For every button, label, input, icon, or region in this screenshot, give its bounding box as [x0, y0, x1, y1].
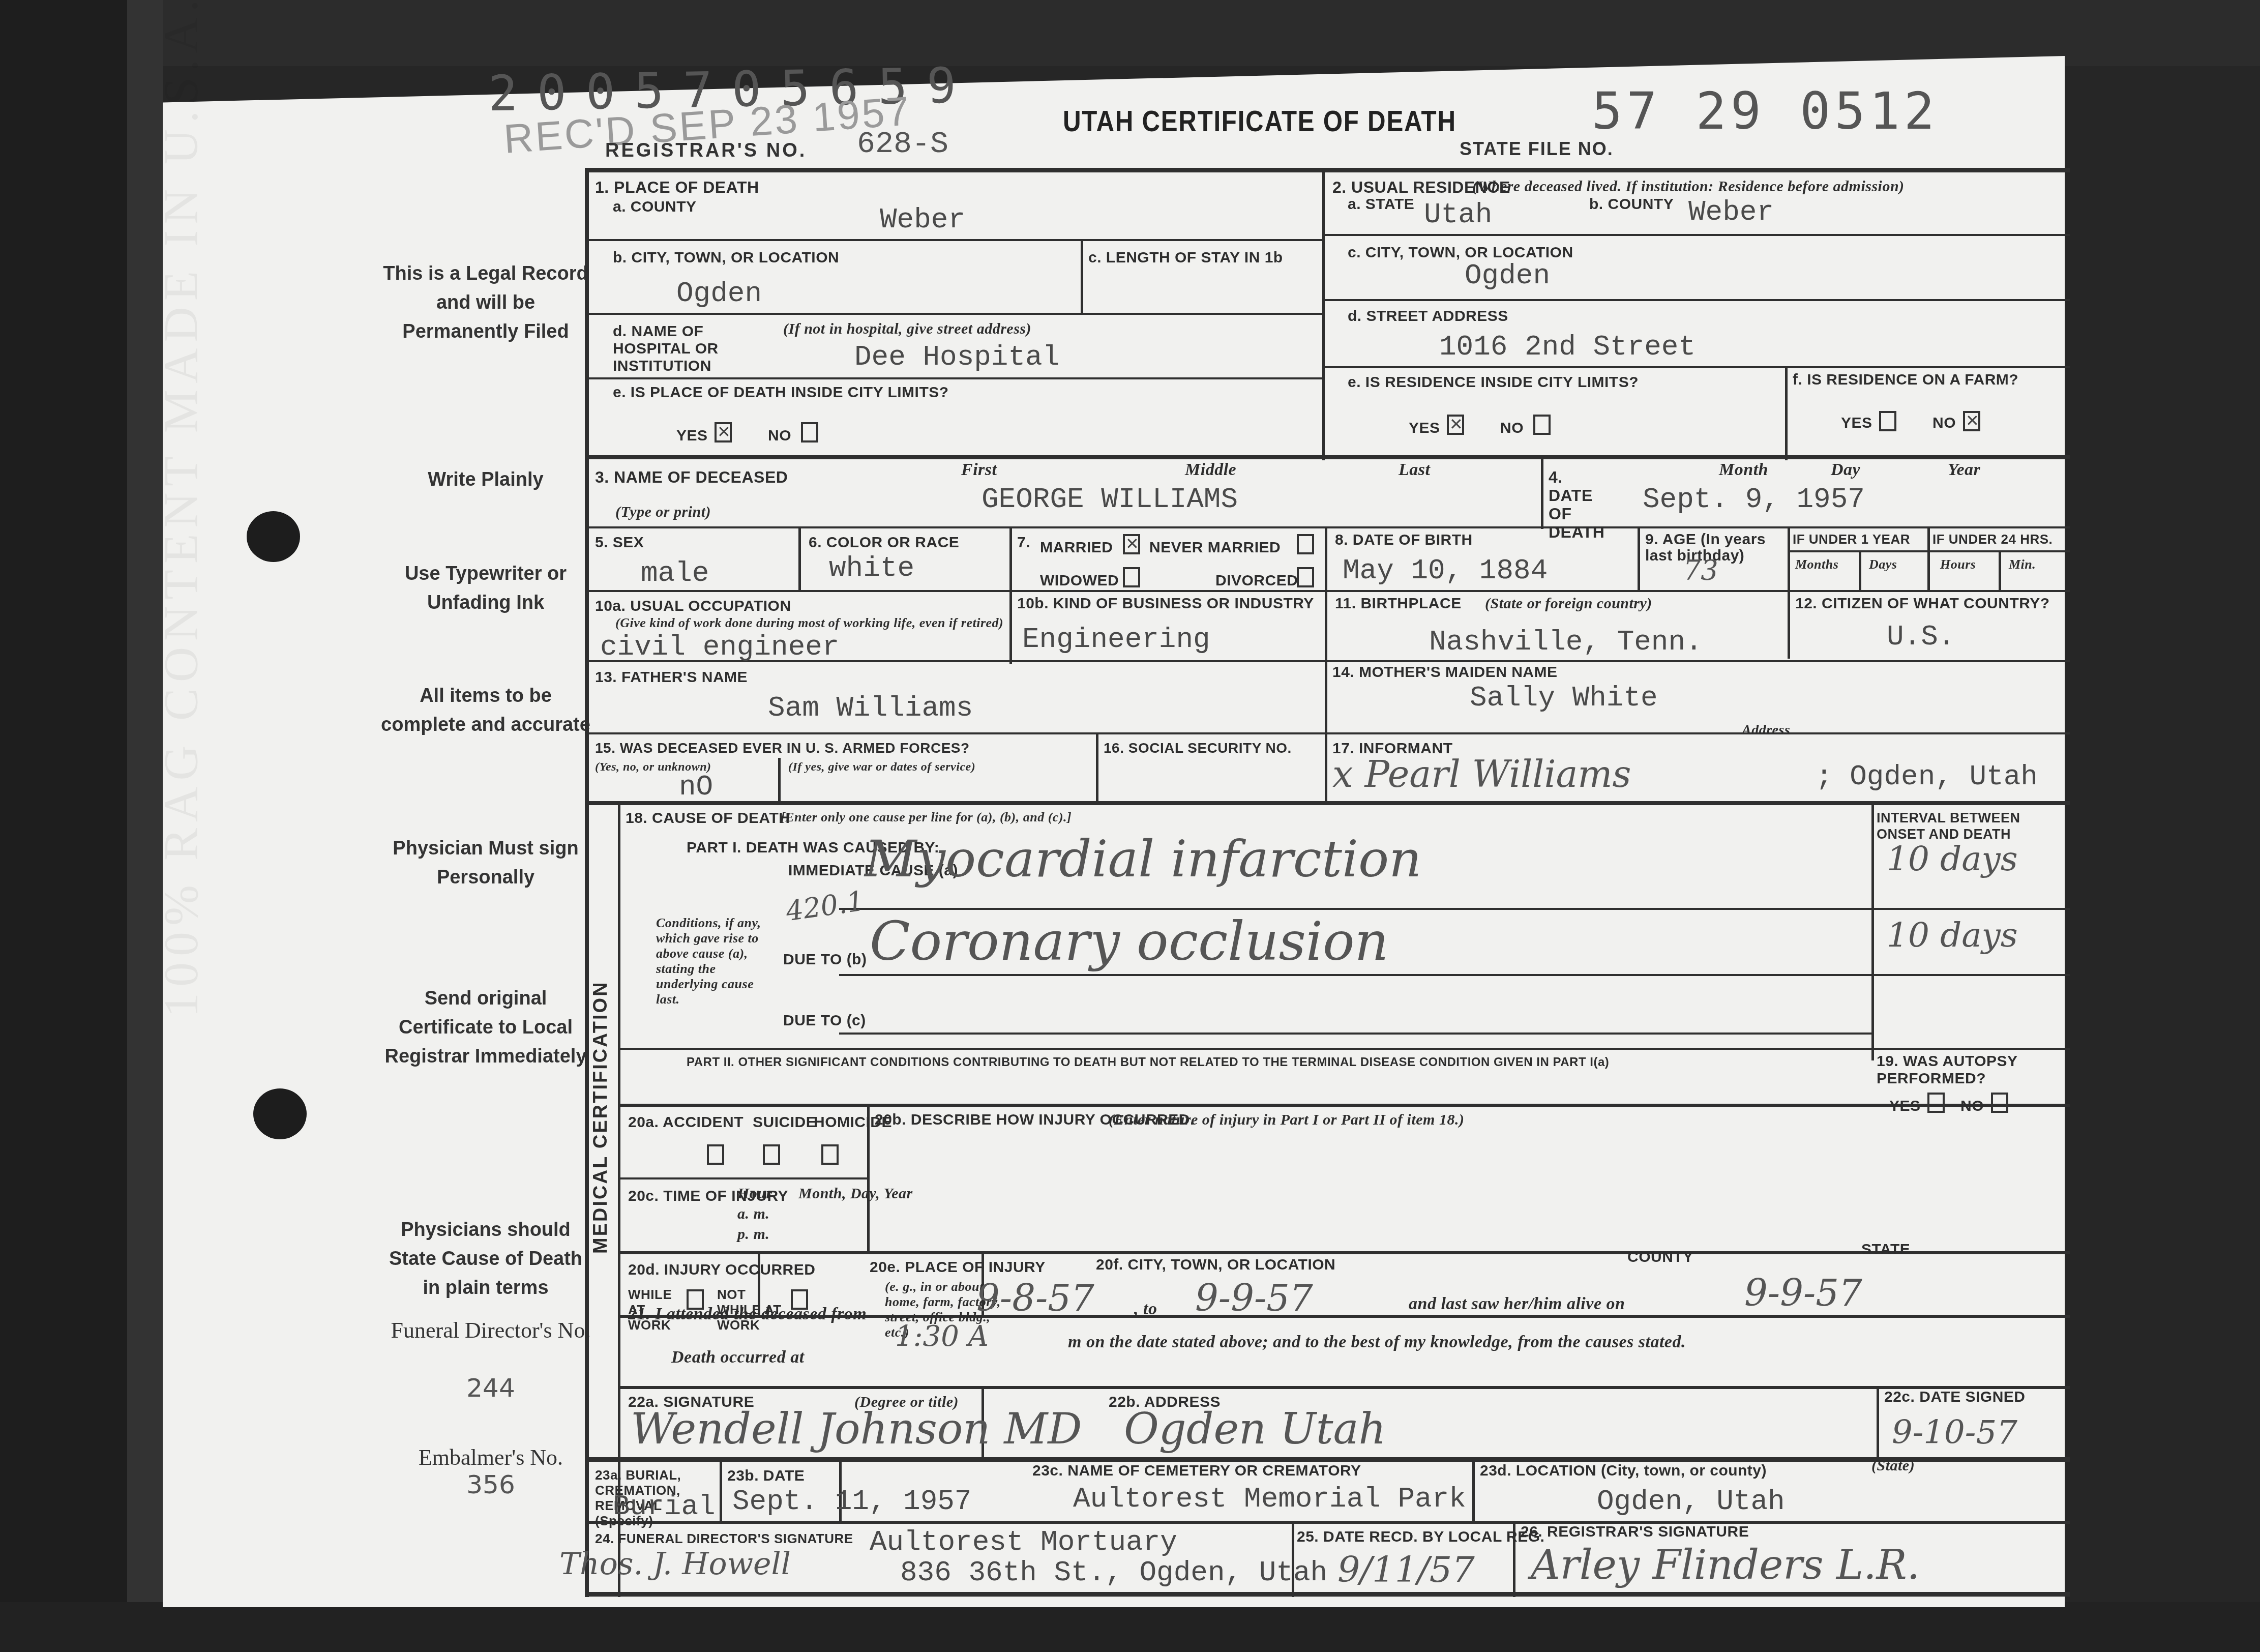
- deceased-name[interactable]: GEORGE WILLIAMS: [982, 483, 1238, 516]
- divider: [1081, 239, 1083, 313]
- item2b-label: b. COUNTY: [1589, 196, 1674, 213]
- autopsy-yes-checkbox[interactable]: [1927, 1093, 1945, 1113]
- place-of-death-county[interactable]: Weber: [880, 203, 965, 236]
- last-saw-label: and last saw her/him alive on: [1409, 1294, 1625, 1314]
- residence-county[interactable]: Weber: [1688, 196, 1774, 228]
- citizenship[interactable]: U.S.: [1887, 621, 1955, 653]
- row-line: [1322, 366, 2070, 368]
- widowed-checkbox[interactable]: [1123, 567, 1140, 587]
- divider: [1009, 526, 1012, 664]
- row-line: [1322, 299, 2070, 301]
- informant-signature[interactable]: x Pearl Williams: [1332, 753, 1631, 795]
- margin-note-cause-plain: Physicians should State Cause of Death i…: [379, 1216, 592, 1303]
- autopsy-no-checkbox[interactable]: [1991, 1093, 2008, 1113]
- age-value[interactable]: 73: [1683, 554, 1718, 586]
- item6-label: 6. COLOR OR RACE: [809, 534, 959, 551]
- divider: [1788, 526, 1790, 659]
- punch-hole-icon: [247, 511, 300, 562]
- scan-background-bottom: [0, 1602, 2260, 1652]
- day-label: Day: [1831, 460, 1860, 480]
- embalmer-no-value: 356: [374, 1470, 608, 1499]
- accident-checkbox[interactable]: [707, 1144, 724, 1165]
- conditions-label: Conditions, if any, which gave rise to a…: [656, 916, 778, 1007]
- divider: [1322, 168, 1325, 460]
- am-label: a. m.: [737, 1205, 769, 1223]
- row-line-thick: [585, 1457, 2070, 1462]
- divorced-label: DIVORCED: [1215, 572, 1298, 589]
- item20e-label: 20e. PLACE OF INJURY: [870, 1259, 1046, 1276]
- item1c-label: c. LENGTH OF STAY IN 1b: [1088, 249, 1283, 267]
- under-1-year-label: IF UNDER 1 YEAR: [1793, 532, 1910, 547]
- item1d-hint: (If not in hospital, give street address…: [783, 320, 1031, 338]
- item5-label: 5. SEX: [595, 534, 644, 551]
- due-to-b-label: DUE TO (b): [783, 951, 867, 968]
- date-of-death[interactable]: Sept. 9, 1957: [1643, 483, 1865, 516]
- married-label: MARRIED: [1040, 539, 1113, 556]
- cause-line-c: [839, 1032, 1871, 1035]
- item11-label: 11. BIRTHPLACE: [1335, 595, 1462, 612]
- medical-certification-label: MEDICAL CERTIFICATION: [590, 981, 612, 1254]
- form-border-left: [585, 168, 589, 1597]
- item1e-no-checkbox[interactable]: [801, 422, 818, 442]
- item14-label: 14. MOTHER'S MAIDEN NAME: [1332, 664, 1558, 681]
- item2c-label: c. CITY, TOWN, OR LOCATION: [1348, 244, 1573, 261]
- divider: [778, 758, 781, 804]
- divider: [1871, 804, 1874, 1060]
- row-line: [585, 526, 2070, 528]
- armed-forces-value[interactable]: nO: [679, 771, 713, 803]
- attended-to-label: , to: [1134, 1300, 1157, 1319]
- item4-label: 4. DATE OF DEATH: [1549, 468, 1604, 541]
- pm-label: p. m.: [737, 1226, 769, 1243]
- row-line: [585, 239, 1322, 241]
- disposition-value[interactable]: Burial: [613, 1490, 716, 1523]
- state-label: STATE: [1861, 1241, 1910, 1258]
- embalmer-no-label: Embalmer's No.: [374, 1444, 608, 1471]
- item23c-label: 23c. NAME OF CEMETERY OR CREMATORY: [1032, 1462, 1361, 1480]
- hospital-name[interactable]: Dee Hospital: [854, 341, 1059, 373]
- cemetery-name[interactable]: Aultorest Memorial Park: [1073, 1483, 1466, 1515]
- months-label: Months: [1795, 557, 1838, 572]
- cause-line-b: [839, 974, 2070, 976]
- item26-label: 26. REGISTRAR'S SIGNATURE: [1521, 1523, 1749, 1541]
- row-line: [585, 1521, 2070, 1524]
- registrars-no-value: 628-S: [857, 127, 948, 162]
- last-saw-value[interactable]: 9-9-57: [1744, 1272, 1862, 1314]
- item1d-label: d. NAME OF HOSPITAL OR INSTITUTION: [613, 323, 765, 375]
- item22c-label: 22c. DATE SIGNED: [1884, 1389, 2026, 1406]
- item23b-label: 23b. DATE: [727, 1467, 805, 1485]
- informant-address[interactable]: ; Ogden, Utah: [1816, 760, 2038, 793]
- funeral-firm-address[interactable]: 836 36th St., Ogden, Utah: [900, 1556, 1327, 1589]
- item2e-no-checkbox[interactable]: [1533, 415, 1551, 435]
- state-file-no-label: STATE FILE NO.: [1460, 138, 1614, 160]
- row-line: [585, 313, 1322, 315]
- month-day-year-label: Month, Day, Year: [798, 1185, 913, 1202]
- immediate-cause-value[interactable]: Myocardial infarction: [865, 829, 1422, 889]
- row-line: [618, 1104, 2070, 1107]
- divider: [1541, 455, 1543, 529]
- certificate-title: UTAH CERTIFICATE OF DEATH: [1063, 104, 1456, 138]
- disease-code-note: 420.1: [784, 885, 866, 928]
- item2f-yes-checkbox[interactable]: [1879, 411, 1896, 431]
- married-checkbox[interactable]: [1123, 534, 1140, 554]
- item1e-label: e. IS PLACE OF DEATH INSIDE CITY LIMITS?: [613, 384, 949, 401]
- registrar-signature[interactable]: Arley Flinders L.R.: [1531, 1541, 1920, 1588]
- row-line: [1788, 550, 2070, 552]
- first-name-label: First: [961, 460, 997, 480]
- item2e-no-label: NO: [1500, 420, 1524, 437]
- item2-hint: (Where deceased lived. If institution: R…: [1472, 178, 1905, 195]
- month-label: Month: [1719, 460, 1768, 480]
- item18-label: 18. CAUSE OF DEATH: [626, 810, 790, 827]
- item10a-hint: (Give kind of work done during most of w…: [615, 615, 1003, 631]
- never-married-label: NEVER MARRIED: [1149, 539, 1281, 556]
- divider: [1325, 660, 1327, 803]
- margin-note-send-original: Send original Certificate to Local Regis…: [379, 984, 592, 1071]
- due-to-b-value[interactable]: Coronary occlusion: [870, 910, 1389, 972]
- item15-label: 15. WAS DECEASED EVER IN U. S. ARMED FOR…: [595, 740, 970, 756]
- item23d-state-label: (State): [1871, 1457, 1915, 1474]
- last-name-label: Last: [1399, 460, 1430, 480]
- divider: [1999, 550, 2001, 591]
- item2f-no-label: NO: [1932, 415, 1956, 432]
- death-statement: m on the date stated above; and to the b…: [1068, 1333, 1686, 1352]
- row-line: [585, 590, 2070, 592]
- county-label: COUNTY: [1627, 1249, 1693, 1266]
- funeral-director-no-value: 244: [374, 1373, 608, 1403]
- divider: [1785, 366, 1788, 460]
- hour-label: Hour: [737, 1185, 772, 1202]
- interval-b-value[interactable]: 10 days: [1887, 916, 2018, 955]
- item1b-label: b. CITY, TOWN, OR LOCATION: [613, 249, 839, 267]
- item2f-no-checkbox[interactable]: [1963, 411, 1980, 431]
- row-line: [618, 1386, 2070, 1389]
- item20b-hint: (Enter nature of injury in Part I or Par…: [1109, 1111, 1464, 1129]
- item25-label: 25. DATE RECD. BY LOCAL REG.: [1297, 1528, 1544, 1546]
- divider: [1859, 550, 1861, 591]
- date-signed-value[interactable]: 9-10-57: [1892, 1414, 2017, 1452]
- item19-label: 19. WAS AUTOPSY PERFORMED?: [1877, 1053, 2029, 1087]
- due-to-c-label: DUE TO (c): [783, 1012, 866, 1029]
- form-border-top: [585, 168, 2070, 172]
- item23d-label: 23d. LOCATION (City, town, or county): [1480, 1462, 1767, 1480]
- item20d-label: 20d. INJURY OCCURRED: [628, 1261, 815, 1279]
- item13-label: 13. FATHER'S NAME: [595, 669, 748, 686]
- divider: [798, 526, 801, 592]
- divider: [720, 1457, 722, 1521]
- paper-watermark: 100% RAG CONTENT MADE IN U.S.A.: [153, 0, 209, 1017]
- item3-hint: (Type or print): [615, 504, 711, 521]
- fathers-name[interactable]: Sam Williams: [768, 692, 973, 724]
- never-married-checkbox[interactable]: [1297, 534, 1314, 554]
- suicide-checkbox[interactable]: [763, 1144, 780, 1165]
- item15-hint-2: (If yes, give war or dates of service): [788, 760, 975, 774]
- certificate-form: 1. PLACE OF DEATH a. COUNTY Weber b. CIT…: [585, 168, 2070, 1597]
- margin-note-write-plainly: Write Plainly: [379, 465, 592, 494]
- year-label: Year: [1948, 460, 1980, 480]
- item2f-yes-label: YES: [1841, 415, 1872, 432]
- item7-label: 7.: [1017, 534, 1030, 551]
- informant-address-label: Address: [1742, 722, 1790, 739]
- attended-to-value[interactable]: 9-9-57: [1195, 1277, 1313, 1319]
- divider: [1927, 526, 1930, 592]
- funeral-firm-name[interactable]: Aultorest Mortuary: [870, 1526, 1177, 1558]
- row-line: [585, 377, 1322, 379]
- item18-hint: [Enter only one cause per line for (a), …: [781, 810, 1072, 825]
- item20a-label: 20a. ACCIDENT: [628, 1114, 744, 1131]
- residence-street[interactable]: 1016 2nd Street: [1439, 331, 1696, 363]
- divider: [1325, 526, 1327, 664]
- divider: [1638, 526, 1640, 592]
- sex-value[interactable]: male: [641, 557, 709, 589]
- margin-note-complete: All items to be complete and accurate: [379, 682, 592, 740]
- row-line-thick: [585, 801, 2070, 805]
- autopsy-yes-label: YES: [1889, 1098, 1921, 1115]
- place-of-death-city[interactable]: Ogden: [676, 277, 762, 310]
- interval-label: INTERVAL BETWEEN ONSET AND DEATH: [1877, 810, 2065, 842]
- row-line: [618, 1177, 867, 1179]
- date-of-birth[interactable]: May 10, 1884: [1343, 554, 1548, 587]
- race-value[interactable]: white: [829, 552, 914, 584]
- item1e-yes-checkbox[interactable]: [715, 422, 732, 442]
- item8-label: 8. DATE OF BIRTH: [1335, 532, 1473, 549]
- homicide-checkbox[interactable]: [821, 1144, 839, 1165]
- registrars-no-label: REGISTRAR'S NO.: [605, 140, 807, 162]
- widowed-label: WIDOWED: [1040, 572, 1119, 589]
- punch-hole-icon: [253, 1088, 307, 1139]
- item1e-yes-label: YES: [676, 427, 708, 445]
- item2e-label: e. IS RESIDENCE INSIDE CITY LIMITS?: [1348, 374, 1639, 391]
- hours-label: Hours: [1940, 557, 1976, 572]
- item11-hint: (State or foreign country): [1485, 595, 1652, 612]
- margin-note-physician-sign: Physician Must sign Personally: [379, 834, 592, 892]
- item2a-label: a. STATE: [1348, 196, 1414, 213]
- residence-state[interactable]: Utah: [1424, 198, 1492, 231]
- mothers-maiden-name[interactable]: Sally White: [1470, 682, 1658, 714]
- form-border-bottom: [585, 1592, 2070, 1597]
- item10a-label: 10a. USUAL OCCUPATION: [595, 598, 791, 615]
- item2f-label: f. IS RESIDENCE ON A FARM?: [1793, 371, 2018, 389]
- disposition-date[interactable]: Sept. 11, 1957: [732, 1485, 971, 1518]
- row-line: [585, 732, 2070, 734]
- item1e-no-label: NO: [768, 427, 791, 445]
- autopsy-no-label: NO: [1960, 1098, 1984, 1115]
- item16-label: 16. SOCIAL SECURITY NO.: [1104, 740, 1292, 756]
- birthplace[interactable]: Nashville, Tenn.: [1429, 626, 1703, 658]
- funeral-director-no-label: Funeral Director's No.: [374, 1317, 608, 1344]
- item2d-label: d. STREET ADDRESS: [1348, 308, 1508, 325]
- row-line-thick: [585, 455, 2070, 459]
- divorced-checkbox[interactable]: [1297, 567, 1314, 587]
- interval-a-value[interactable]: 10 days: [1887, 839, 2018, 878]
- item10b-label: 10b. KIND OF BUSINESS OR INDUSTRY: [1017, 595, 1314, 612]
- part2-label: PART II. OTHER SIGNIFICANT CONDITIONS CO…: [687, 1055, 1609, 1070]
- scan-background-top: [0, 0, 2260, 66]
- attended-from-value[interactable]: 9-8-57: [976, 1277, 1094, 1319]
- middle-name-label: Middle: [1185, 460, 1236, 480]
- death-occurred-label: Death occurred at: [671, 1348, 805, 1367]
- usual-occupation[interactable]: civil engineer: [600, 631, 839, 663]
- item2e-yes-label: YES: [1409, 420, 1440, 437]
- cause-line-a: [839, 908, 2070, 910]
- min-label: Min.: [2009, 557, 2036, 572]
- margin-note-legal-record: This is a Legal Record and will be Perma…: [379, 259, 592, 346]
- physician-signature[interactable]: Wendell Johnson MD: [631, 1404, 1082, 1454]
- item3-label: 3. NAME OF DECEASED: [595, 468, 788, 487]
- divider: [1877, 1386, 1879, 1457]
- residence-city[interactable]: Ogden: [1465, 259, 1550, 292]
- row-line: [1322, 234, 2070, 236]
- divider: [1096, 732, 1098, 804]
- attended-label: 21. I attended the deceased from: [628, 1305, 867, 1324]
- suicide-label: SUICIDE: [753, 1114, 816, 1131]
- item12-label: 12. CITIZEN OF WHAT COUNTRY?: [1795, 595, 2050, 612]
- item1a-label: a. COUNTY: [613, 198, 697, 216]
- date-recd-value[interactable]: 9/11/57: [1337, 1549, 1475, 1590]
- funeral-director-signature[interactable]: Thos. J. Howell: [559, 1546, 791, 1582]
- item24-label: 24. FUNERAL DIRECTOR'S SIGNATURE: [595, 1531, 853, 1547]
- row-line: [618, 1251, 2070, 1254]
- item20f-label: 20f. CITY, TOWN, OR LOCATION: [1096, 1256, 1335, 1274]
- margin-note-typewriter: Use Typewriter or Unfading Ink: [379, 559, 592, 617]
- item2e-yes-checkbox[interactable]: [1447, 415, 1464, 435]
- under-24-hrs-label: IF UNDER 24 HRS.: [1932, 532, 2053, 547]
- physician-address[interactable]: Ogden Utah: [1124, 1404, 1386, 1454]
- state-file-no-value: 57 29 0512: [1592, 81, 1939, 141]
- divider: [1472, 1457, 1475, 1521]
- death-occurred-value[interactable]: 1:30 A: [895, 1320, 989, 1353]
- row-line: [618, 1048, 2070, 1050]
- item1-label: 1. PLACE OF DEATH: [595, 178, 759, 197]
- cemetery-location[interactable]: Ogden, Utah: [1597, 1485, 1785, 1518]
- days-label: Days: [1869, 557, 1897, 572]
- kind-of-business[interactable]: Engineering: [1022, 623, 1210, 656]
